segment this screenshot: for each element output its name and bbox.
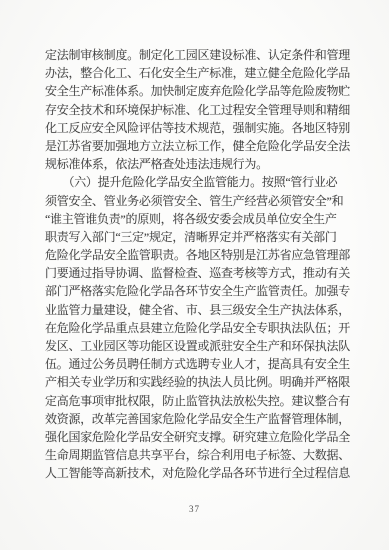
text-line-p2-16: 生命周期监管信息共享平台，综合利用电子标签、大数据、 (45, 446, 350, 464)
document-body-text: 定法制审核制度。制定化工园区建设标准、认定条件和管理办法，整合化工、石化安全生产… (45, 46, 350, 483)
text-line-p1-2: 办法，整合化工、石化安全生产标准，建立健全危险化学品 (45, 64, 350, 82)
text-line-p2-3: “谁主管谁负责”的原则，将各级安委会成员单位安全生产 (45, 210, 350, 228)
text-line-p1-5: 化工反应安全风险评估等技术规范，强制实施。各地区特别 (45, 119, 350, 137)
text-line-p2-7: 部门严格落实危险化学品各环节安全生产监管责任。加强专 (45, 282, 350, 300)
text-line-p2-11: 伍。通过公务员聘任制方式选聘专业人才，提高具有安全生 (45, 355, 350, 373)
text-line-p2-12: 产相关专业学历和实践经验的执法人员比例。明确并严格限 (45, 373, 350, 391)
text-line-p2-5: 危险化学品安全监管职责。各地区特别是江苏省应急管理部 (45, 246, 350, 264)
text-line-p2-8: 业监管力量建设，健全省、市、县三级安全生产执法体系， (45, 301, 350, 319)
text-line-p2-15: 强化国家危险化学品安全研究支撑。研究建立危险化学品全 (45, 428, 350, 446)
text-line-p2-17: 人工智能等高新技术，对危险化学品各环节进行全过程信息 (45, 464, 350, 482)
text-line-p2-10: 发区、工业园区等功能区设置或派驻安全生产和环保执法队 (45, 337, 350, 355)
text-line-p1-3: 安全生产标准体系。加快制定废弃危险化学品等危险废物贮 (45, 82, 350, 100)
text-line-p1-1: 定法制审核制度。制定化工园区建设标准、认定条件和管理 (45, 46, 350, 64)
text-line-p2-9: 在危险化学品重点县建立危险化学品安全专职执法队伍；开 (45, 319, 350, 337)
text-line-p2-4: 职责写入部门“三定”规定，清晰界定并严格落实有关部门 (45, 228, 350, 246)
text-line-p2-6: 门要通过指导协调、监督检查、巡查考核等方式，推动有关 (45, 264, 350, 282)
page-number: 37 (0, 503, 389, 515)
text-line-p2-14: 效资源，改革完善国家危险化学品安全生产监督管理体制， (45, 410, 350, 428)
text-line-p2-13: 定高危事项审批权限，防止监管执法放松失控。建议整合有 (45, 392, 350, 410)
scanned-document-page: 定法制审核制度。制定化工园区建设标准、认定条件和管理办法，整合化工、石化安全生产… (0, 0, 389, 550)
text-line-p2-2: 须管安全、管业务必须管安全、管生产经营必须管安全”和 (45, 192, 350, 210)
text-line-p1-6: 是江苏省要加强地方立法立标工作，健全危险化学品安全法 (45, 137, 350, 155)
text-line-p1-4: 存安全技术和环境保护标准、化工过程安全管理导则和精细 (45, 101, 350, 119)
text-line-p1-7: 规标准体系，依法严格查处违法违规行为。 (45, 155, 350, 173)
text-line-p2-1: （六）提升危险化学品安全监管能力。按照“管行业必 (45, 173, 350, 191)
